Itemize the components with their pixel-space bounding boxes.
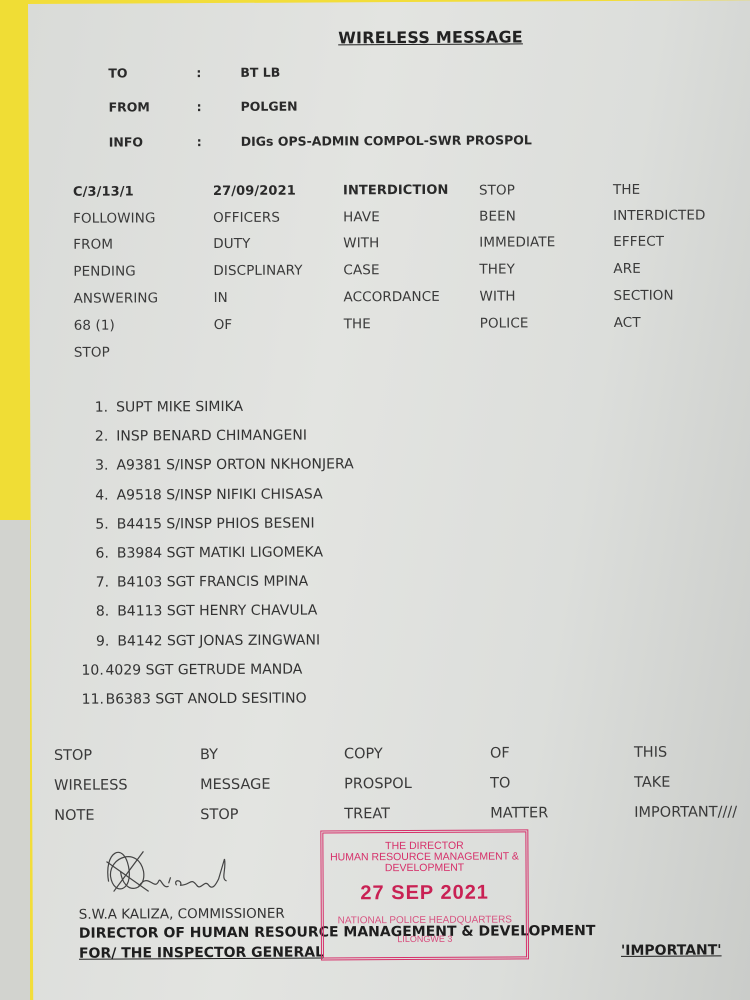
officer-number: 1. <box>86 400 108 416</box>
footer-word: TAKE <box>634 775 670 791</box>
officer-number: 3. <box>86 458 108 474</box>
officer-list-item: 10.4029 SGT GETRUDE MANDA <box>81 661 302 678</box>
footer-word: STOP <box>200 807 238 823</box>
stamp-date: 27 SEP 2021 <box>324 881 526 905</box>
message-word: FOLLOWING <box>73 210 155 226</box>
document-page: WIRELESS MESSAGE TO : BT LB FROM : POLGE… <box>28 0 750 1000</box>
officer-list-item: 3.A9381 S/INSP ORTON NKHONJERA <box>86 457 353 474</box>
officer-number: 10. <box>81 662 103 678</box>
officer-list-item: 4.A9518 S/INSP NIFIKI CHISASA <box>87 486 323 503</box>
footer-word: COPY <box>344 746 383 762</box>
header-label: FROM <box>109 99 169 114</box>
footer-word: TO <box>490 775 510 791</box>
officer-list-item: 6.B3984 SGT MATIKI LIGOMEKA <box>87 544 323 561</box>
message-word: BEEN <box>479 208 516 224</box>
officer-number: 8. <box>87 604 109 620</box>
received-stamp: THE DIRECTOR HUMAN RESOURCE MANAGEMENT &… <box>320 829 529 960</box>
footer-word: NOTE <box>54 808 94 824</box>
officer-number: 2. <box>86 429 108 445</box>
header-colon: : <box>196 65 201 80</box>
officer-number: 4. <box>87 487 109 503</box>
officer-list: 1.SUPT MIKE SIMIKA2.INSP BENARD CHIMANGE… <box>28 0 750 4</box>
officer-number: 9. <box>87 633 109 649</box>
officer-name: SUPT MIKE SIMIKA <box>116 399 243 416</box>
officer-name: 4029 SGT GETRUDE MANDA <box>105 661 302 678</box>
officer-name: A9518 S/INSP NIFIKI CHISASA <box>117 486 323 503</box>
signer-name: S.W.A KALIZA, COMMISSIONER <box>79 906 285 923</box>
message-word: STOP <box>479 182 515 198</box>
background-edge <box>0 0 30 520</box>
officer-list-item: 11.B6383 SGT ANOLD SESITINO <box>82 691 307 708</box>
header-colon: : <box>197 99 202 114</box>
officer-number: 6. <box>87 546 109 562</box>
header-value: POLGEN <box>240 99 297 114</box>
message-word: EFFECT <box>613 234 664 250</box>
footer-word: MATTER <box>490 805 548 821</box>
message-word: WITH <box>479 288 515 304</box>
message-word: THE <box>344 316 371 332</box>
message-word: OFFICERS <box>213 210 280 226</box>
message-word: SECTION <box>613 288 673 304</box>
message-word: INTERDICTED <box>613 207 705 223</box>
officer-list-item: 1.SUPT MIKE SIMIKA <box>86 399 243 416</box>
officer-number: 11. <box>82 692 104 708</box>
officer-name: A9381 S/INSP ORTON NKHONJERA <box>116 457 353 474</box>
officer-list-item: 7.B4103 SGT FRANCIS MPINA <box>87 574 308 591</box>
signature-icon <box>98 841 298 907</box>
message-word: HAVE <box>343 209 380 225</box>
header-value: DIGs OPS-ADMIN COMPOL-SWR PROSPOL <box>241 132 532 149</box>
officer-name: B6383 SGT ANOLD SESITINO <box>106 691 307 708</box>
message-word: PENDING <box>73 263 135 279</box>
officer-name: B4142 SGT JONAS ZINGWANI <box>117 632 320 649</box>
important-label: 'IMPORTANT' <box>621 942 722 959</box>
background-edge-shadow <box>0 520 30 1000</box>
message-word: INTERDICTION <box>343 183 449 199</box>
message-word: IMMEDIATE <box>479 234 555 250</box>
message-word: IN <box>214 290 228 306</box>
footer-word: TREAT <box>344 806 390 822</box>
header-value: BT LB <box>240 65 280 80</box>
message-word: ANSWERING <box>74 290 159 306</box>
officer-name: B4415 S/INSP PHIOS BESENI <box>117 515 315 532</box>
footer-word: WIRELESS <box>54 777 128 793</box>
message-body: C/3/13/127/09/2021INTERDICTIONSTOPTHEFOL… <box>28 0 750 4</box>
header-colon: : <box>197 134 202 149</box>
footer-word: OF <box>490 745 510 761</box>
message-word: 68 (1) <box>74 318 115 334</box>
header-label: TO <box>108 65 168 80</box>
stamp-line: LILONGWE 3 <box>324 933 526 944</box>
officer-name: B3984 SGT MATIKI LIGOMEKA <box>117 544 323 561</box>
message-word: CASE <box>343 262 379 278</box>
stamp-line: NATIONAL POLICE HEADQUARTERS <box>324 914 526 926</box>
footer-word: STOP <box>54 748 92 764</box>
stamp-line: DEVELOPMENT <box>324 862 526 874</box>
footer-word: PROSPOL <box>344 776 412 792</box>
officer-number: 7. <box>87 575 109 591</box>
footer-word: BY <box>200 747 218 763</box>
footer-word: THIS <box>634 745 667 761</box>
message-word: FROM <box>73 237 113 253</box>
message-word: ACCORDANCE <box>343 289 439 306</box>
officer-name: B4103 SGT FRANCIS MPINA <box>117 574 308 591</box>
officer-list-item: 9.B4142 SGT JONAS ZINGWANI <box>87 632 320 649</box>
message-word: 27/09/2021 <box>213 184 296 199</box>
message-word: DUTY <box>213 236 250 252</box>
header-label: INFO <box>109 134 169 149</box>
message-word: THEY <box>479 261 515 277</box>
message-word: STOP <box>74 345 110 361</box>
message-word: WITH <box>343 235 379 251</box>
message-word: DISCPLINARY <box>213 263 302 279</box>
officer-list-item: 8.B4113 SGT HENRY CHAVULA <box>87 603 317 620</box>
officer-name: B4113 SGT HENRY CHAVULA <box>117 603 317 620</box>
message-word: POLICE <box>480 315 529 331</box>
officer-number: 5. <box>87 516 109 532</box>
message-word: THE <box>613 182 640 198</box>
message-footer: STOPBYCOPYOFTHISWIRELESSMESSAGEPROSPOLTO… <box>28 0 750 4</box>
message-word: C/3/13/1 <box>73 184 134 199</box>
footer-word: MESSAGE <box>200 777 271 793</box>
document-title: WIRELESS MESSAGE <box>338 27 523 47</box>
officer-list-item: 2.INSP BENARD CHIMANGENI <box>86 428 307 445</box>
officer-name: INSP BENARD CHIMANGENI <box>116 428 307 445</box>
message-word: OF <box>214 317 233 333</box>
message-word: ACT <box>614 315 641 331</box>
footer-word: IMPORTANT//// <box>634 804 737 821</box>
message-word: ARE <box>613 261 641 277</box>
for-inspector-general: FOR/ THE INSPECTOR GENERAL <box>79 944 324 961</box>
officer-list-item: 5.B4415 S/INSP PHIOS BESENI <box>87 515 315 532</box>
